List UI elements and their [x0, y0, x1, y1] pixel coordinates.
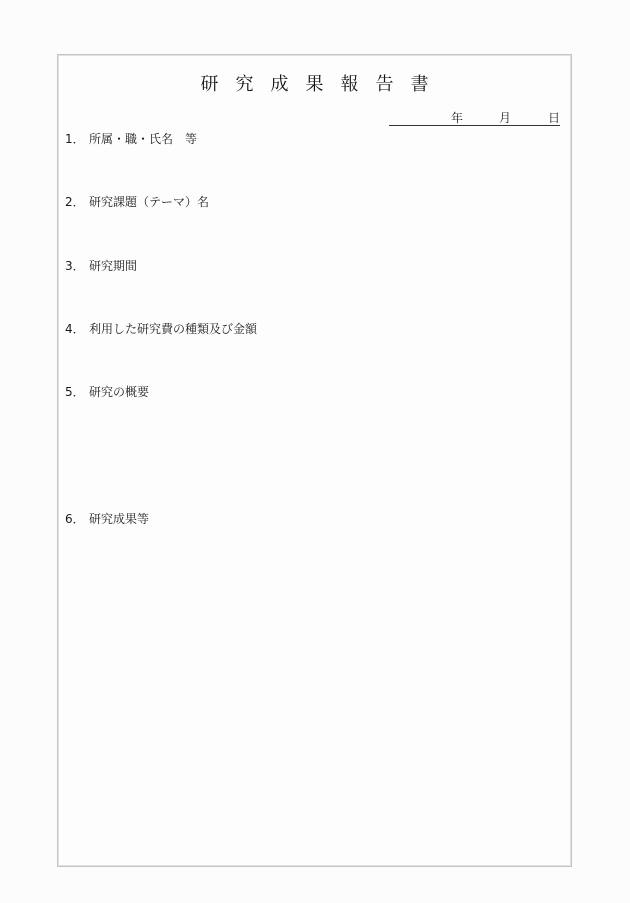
section-label: 研究課題（テーマ）名 [89, 195, 209, 209]
date-year-label: 年 [451, 111, 463, 125]
section-label: 研究の概要 [89, 385, 149, 399]
date-day-label: 日 [548, 111, 560, 125]
section-number: 6． [65, 512, 89, 526]
report-form-page: 研究成果報告書 年 月 日 1．所属・職・氏名 等 2．研究課題（テーマ）名 3… [57, 54, 572, 867]
section-label: 所属・職・氏名 等 [89, 132, 197, 146]
section-number: 4． [65, 322, 89, 336]
section-label: 利用した研究費の種類及び金額 [89, 322, 257, 336]
section-label: 研究成果等 [89, 512, 149, 526]
section-number: 5． [65, 385, 89, 399]
date-field[interactable]: 年 月 日 [389, 111, 560, 126]
section-research-summary: 5．研究の概要 [65, 385, 149, 399]
section-research-topic: 2．研究課題（テーマ）名 [65, 195, 209, 209]
section-number: 2． [65, 195, 89, 209]
section-number: 1． [65, 132, 89, 146]
section-research-funds: 4．利用した研究費の種類及び金額 [65, 322, 257, 336]
document-title: 研究成果報告書 [58, 70, 571, 96]
section-number: 3． [65, 259, 89, 273]
section-research-period: 3．研究期間 [65, 259, 137, 273]
section-label: 研究期間 [89, 259, 137, 273]
section-research-results: 6．研究成果等 [65, 512, 149, 526]
section-affiliation: 1．所属・職・氏名 等 [65, 132, 197, 146]
date-month-label: 月 [499, 111, 511, 125]
